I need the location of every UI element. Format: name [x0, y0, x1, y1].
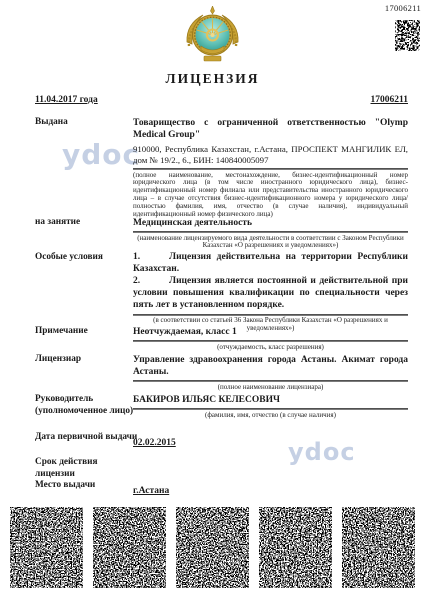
divider: [133, 168, 408, 170]
divider: [133, 340, 408, 342]
activity-note: (наименование лицензируемого вида деятел…: [133, 235, 408, 251]
item-text: Лицензия является постоянной и действите…: [133, 276, 408, 310]
field-label-remark: Примечание: [35, 326, 133, 351]
field-label-issue-place: Место выдачи: [35, 480, 133, 498]
field-label-issued-to: Выдана: [35, 117, 133, 219]
field-label-first-issue-date: Дата первичной выдачи: [35, 432, 133, 450]
document-number-top: 17006211: [385, 3, 421, 13]
validity-label-line2: лицензии: [35, 469, 133, 481]
barcode-block: [176, 507, 249, 588]
field-activity: на занятие Медицинская деятельность (наи…: [35, 217, 408, 250]
field-first-issue-date: Дата первичной выдачи 02.02.2015: [35, 432, 408, 450]
divider: [133, 408, 408, 410]
barcode-block: [342, 507, 415, 588]
activity-value: Медицинская деятельность: [133, 217, 408, 229]
field-label-validity: Срок действия лицензии: [35, 457, 133, 480]
field-remark: Примечание Неотчуждаемая, класс 1 (отчуж…: [35, 326, 408, 351]
head-label-line1: Руководитель: [35, 394, 133, 406]
remark-value: Неотчуждаемая, класс 1: [133, 326, 408, 338]
page-title: ЛИЦЕНЗИЯ: [0, 71, 425, 87]
field-validity: Срок действия лицензии: [35, 457, 408, 480]
special-condition-item: 1.Лицензия действительна на территории Р…: [133, 252, 408, 276]
field-issue-place: Место выдачи г.Астана: [35, 480, 408, 498]
date-number-row: 11.04.2017 года 17006211: [35, 95, 408, 105]
head-note: (фамилия, имя, отчество (в случае наличи…: [133, 412, 408, 420]
divider: [133, 380, 408, 382]
field-label-licensor: Лицензиар: [35, 354, 133, 391]
issue-place-value: г.Астана: [133, 486, 169, 496]
divider: [133, 231, 408, 233]
head-label-line2: (уполномоченное лицо): [35, 406, 133, 418]
field-special-conditions: Особые условия 1.Лицензия действительна …: [35, 252, 408, 333]
item-text: Лицензия действительна на территории Рес…: [133, 252, 408, 274]
license-number: 17006211: [371, 95, 408, 105]
barcode-block: [93, 507, 166, 588]
field-issued-to: Выдана Товарищество с ограниченной ответ…: [35, 117, 408, 219]
remark-note: (отчуждаемость, класс разрешения): [133, 344, 408, 352]
issued-to-note: (полное наименование, местонахождение, б…: [133, 172, 408, 219]
licensor-note: (полное наименование лицензиара): [133, 384, 408, 392]
field-head: Руководитель (уполномоченное лицо) БАКИР…: [35, 394, 408, 419]
barcode-strip: [10, 507, 415, 588]
first-issue-date-value: 02.02.2015: [133, 438, 176, 448]
head-value: БАКИРОВ ИЛЬЯС КЕЛЕСОВИЧ: [133, 394, 408, 406]
special-condition-item: 2.Лицензия является постоянной и действи…: [133, 276, 408, 312]
barcode-block: [10, 507, 83, 588]
field-label-special-conditions: Особые условия: [35, 252, 133, 333]
field-label-head: Руководитель (уполномоченное лицо): [35, 394, 133, 419]
field-label-activity: на занятие: [35, 217, 133, 250]
item-number: 2.: [133, 276, 169, 288]
barcode-block: [259, 507, 332, 588]
qr-code-top: [394, 19, 421, 52]
company-name: Товарищество с ограниченной ответственно…: [133, 117, 408, 141]
item-number: 1.: [133, 252, 169, 264]
kazakhstan-coat-of-arms: [183, 6, 242, 63]
field-licensor: Лицензиар Управление здравоохранения гор…: [35, 354, 408, 391]
issue-date: 11.04.2017 года: [35, 95, 98, 105]
company-address: 910000, Республика Казахстан, г.Астана, …: [133, 144, 408, 166]
licensor-value: Управление здравоохранения города Астаны…: [133, 354, 408, 378]
license-document: ydoc ydoc 17006211: [0, 0, 425, 600]
validity-label-line1: Срок действия: [35, 457, 133, 469]
